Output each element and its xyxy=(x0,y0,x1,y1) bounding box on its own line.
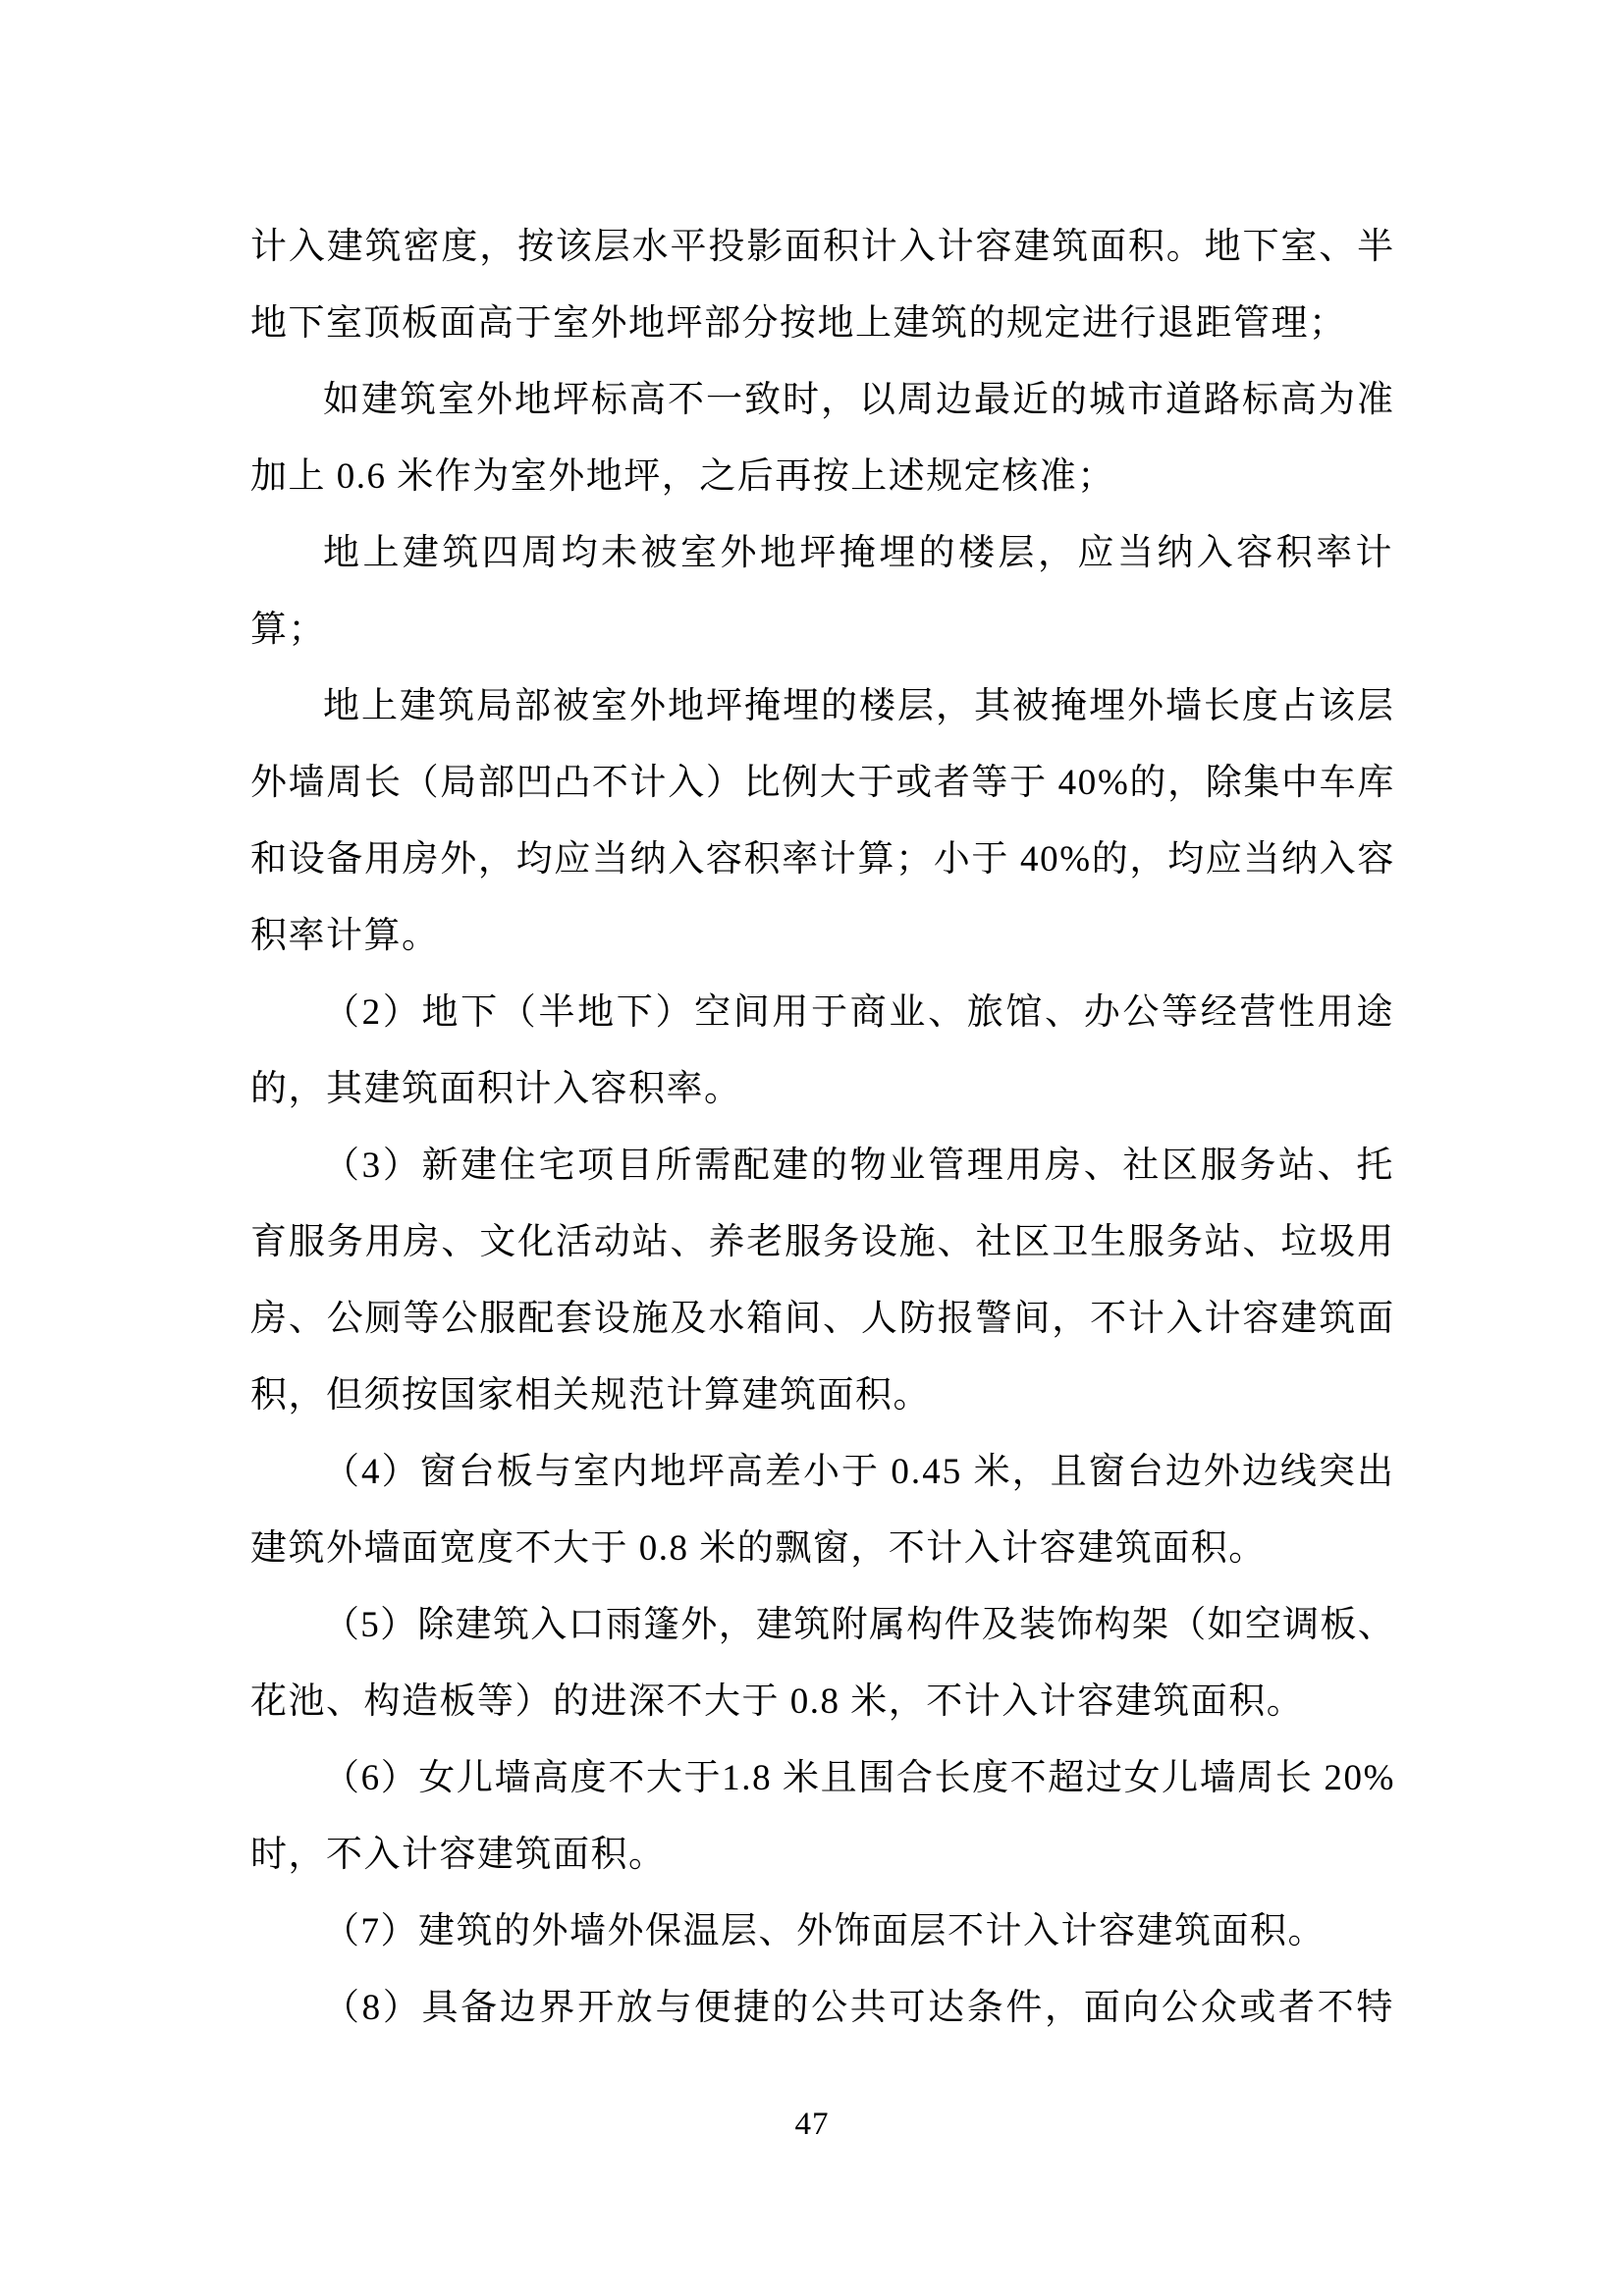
text-line: 加上 0.6 米作为室外地坪，之后再按上述规定核准； xyxy=(250,439,1395,515)
text-line: （4）窗台板与室内地坪高差小于 0.45 米，且窗台边外边线突出 xyxy=(250,1434,1395,1511)
text-line: 房、公厕等公服配套设施及水箱间、人防报警间，不计入计容建筑面 xyxy=(250,1281,1395,1358)
text-line: （6）女儿墙高度不大于1.8 米且围合长度不超过女儿墙周长 20% xyxy=(250,1740,1395,1817)
text-line: 花池、构造板等）的进深不大于 0.8 米，不计入计容建筑面积。 xyxy=(250,1664,1395,1740)
text-line: 和设备用房外，均应当纳入容积率计算；小于 40%的，均应当纳入容 xyxy=(250,822,1395,898)
document-page: 计入建筑密度，按该层水平投影面积计入计容建筑面积。地下室、半地下室顶板面高于室外… xyxy=(0,0,1624,2296)
text-line: 积，但须按国家相关规范计算建筑面积。 xyxy=(250,1358,1395,1434)
text-line: 地上建筑局部被室外地坪掩埋的楼层，其被掩埋外墙长度占该层 xyxy=(250,668,1395,745)
text-line: （8）具备边界开放与便捷的公共可达条件，面向公众或者不特 xyxy=(250,1970,1395,2047)
text-block: 计入建筑密度，按该层水平投影面积计入计容建筑面积。地下室、半地下室顶板面高于室外… xyxy=(250,209,1395,2047)
text-line: （5）除建筑入口雨篷外，建筑附属构件及装饰构架（如空调板、 xyxy=(250,1587,1395,1664)
text-line: 算； xyxy=(250,592,1395,668)
text-line: 计入建筑密度，按该层水平投影面积计入计容建筑面积。地下室、半 xyxy=(250,209,1395,286)
text-line: 外墙周长（局部凹凸不计入）比例大于或者等于 40%的，除集中车库 xyxy=(250,745,1395,822)
text-line: （2）地下（半地下）空间用于商业、旅馆、办公等经营性用途 xyxy=(250,975,1395,1051)
text-line: 的，其建筑面积计入容积率。 xyxy=(250,1051,1395,1128)
text-line: 育服务用房、文化活动站、养老服务设施、社区卫生服务站、垃圾用 xyxy=(250,1204,1395,1281)
text-line: 建筑外墙面宽度不大于 0.8 米的飘窗，不计入计容建筑面积。 xyxy=(250,1511,1395,1587)
text-line: （7）建筑的外墙外保温层、外饰面层不计入计容建筑面积。 xyxy=(250,1894,1395,1970)
text-line: 如建筑室外地坪标高不一致时，以周边最近的城市道路标高为准 xyxy=(250,362,1395,439)
text-line: 地下室顶板面高于室外地坪部分按地上建筑的规定进行退距管理； xyxy=(250,286,1395,362)
text-line: （3）新建住宅项目所需配建的物业管理用房、社区服务站、托 xyxy=(250,1128,1395,1204)
page-number: 47 xyxy=(0,2105,1624,2144)
text-line: 积率计算。 xyxy=(250,898,1395,975)
text-line: 时，不入计容建筑面积。 xyxy=(250,1817,1395,1894)
text-line: 地上建筑四周均未被室外地坪掩埋的楼层，应当纳入容积率计 xyxy=(250,515,1395,592)
